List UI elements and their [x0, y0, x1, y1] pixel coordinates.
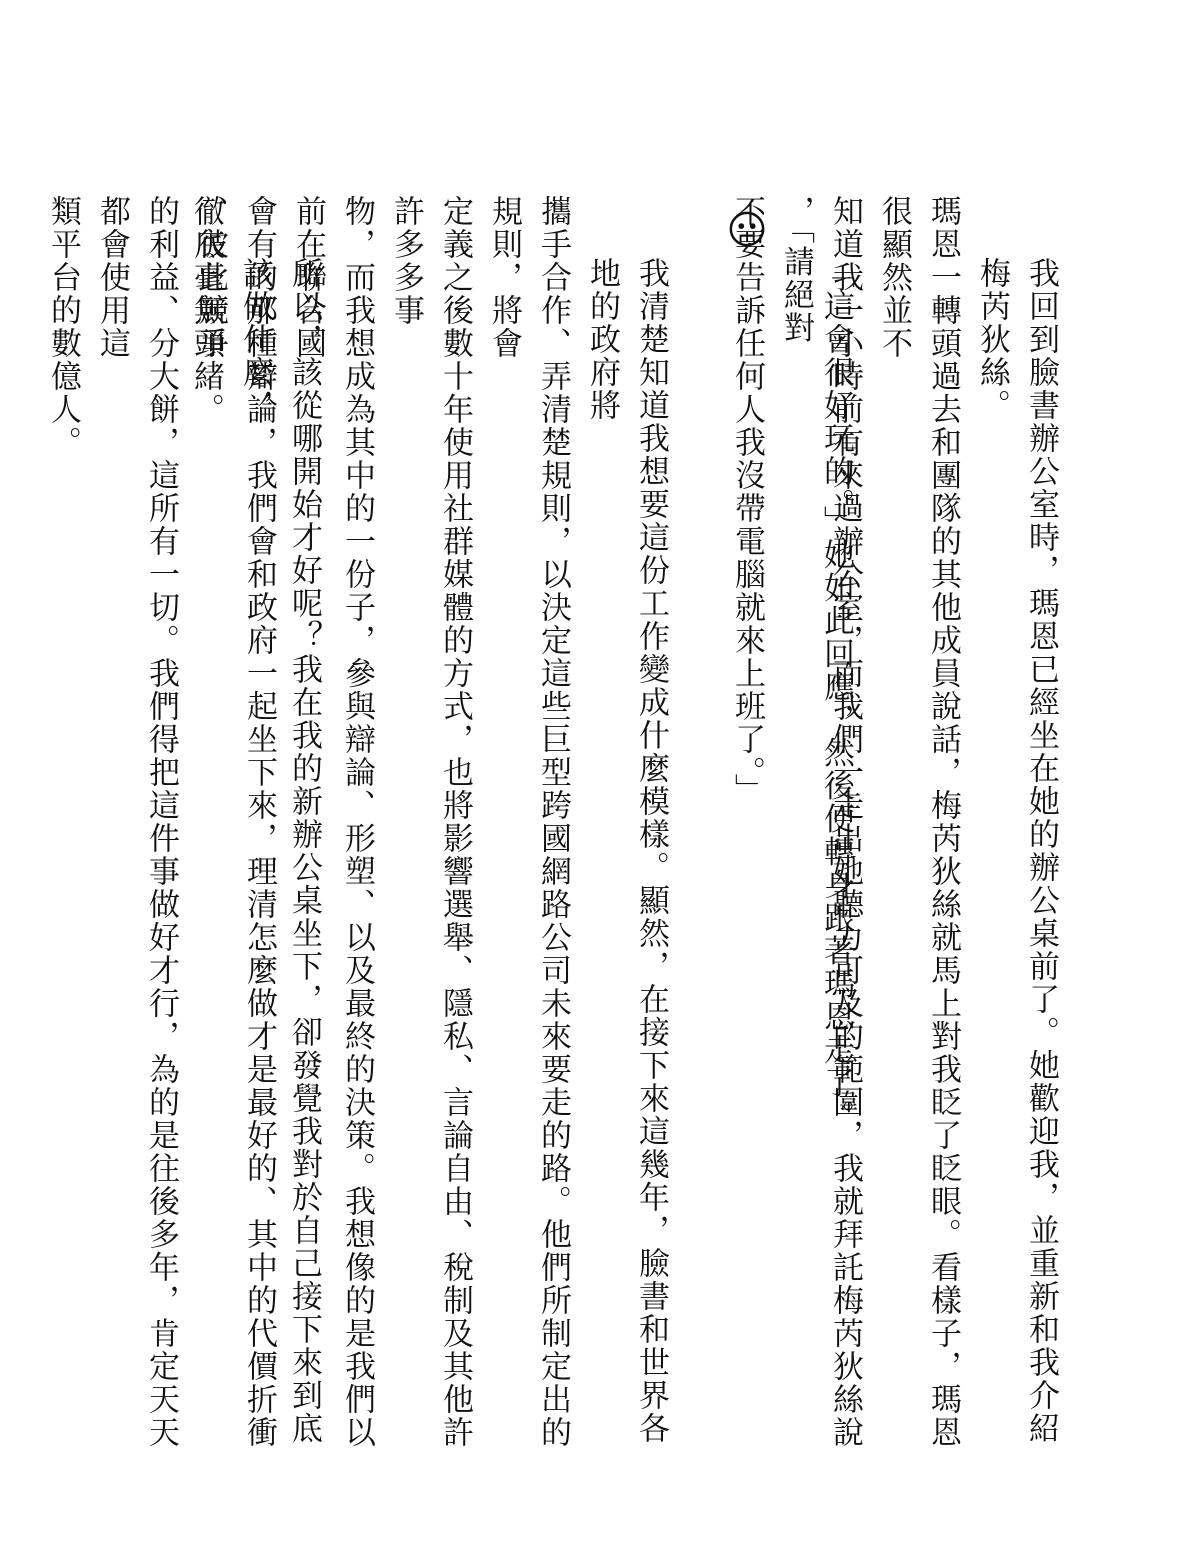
text-column: 徹底毫無頭緒。 [181, 195, 230, 1455]
paragraph-1: 我回到臉書辦公室時，瑪恩已經坐在她的辦公桌前了。她歡迎我，並重新和我介紹梅芮狄絲… [895, 195, 1065, 1455]
text-column: 我回到臉書辦公室時，瑪恩已經坐在她的辦公桌前了。她歡迎我，並重新和我介紹梅芮狄絲… [967, 195, 1065, 1455]
text-column: 類平台的數億人。 [38, 195, 87, 1455]
text-column: 我清楚知道我想要這份工作變成什麼模樣。顯然，在接下來這幾年，臉書和世界各地的政府… [577, 195, 675, 1455]
book-page: 我回到臉書辦公室時，瑪恩已經坐在她的辦公桌前了。她歡迎我，並重新和我介紹梅芮狄絲… [0, 0, 1200, 1552]
text-column: 的利益、分大餅，這所有一切。我們得把這件事做好才行，為的是往後多年，肯定天天都會… [87, 195, 185, 1455]
paragraph-4: 所以，該從哪開始才好呢？我在我的新辦公桌坐下，卻發覺我對於自己接下來到底該做什麼… [228, 195, 328, 1455]
text-column: 「這會很好玩的。」她如此回應，然後便轉身跟著瑪恩走了。 [811, 195, 860, 1455]
paragraph-2: 「這會很好玩的。」她如此回應，然後便轉身跟著瑪恩走了。 [805, 195, 860, 1455]
text-column: 攜手合作、弄清楚規則，以決定這些巨型跨國網路公司未來要走的路。他們所制定出的規則… [479, 195, 577, 1455]
text-column: 所以，該從哪開始才好呢？我在我的新辦公桌坐下，卻發覺我對於自己接下來到底該做什麼… [230, 195, 328, 1455]
text-column: 瑪恩一轉頭過去和團隊的其他成員說話，梅芮狄絲就馬上對我眨了眨眼。看樣子，瑪恩很顯… [869, 195, 967, 1455]
text-column: 不要告訴任何人我沒帶電腦就來上班了。」 [722, 195, 771, 1455]
text-column: 定義之後數十年使用社群媒體的方式，也將影響選舉、隱私、言論自由、稅制及其他許許多… [381, 195, 479, 1455]
neutral-face-icon [728, 210, 766, 248]
paragraph-3: 我清楚知道我想要這份工作變成什麼模樣。顯然，在接下來這幾年，臉書和世界各地的政府… [330, 195, 675, 1455]
